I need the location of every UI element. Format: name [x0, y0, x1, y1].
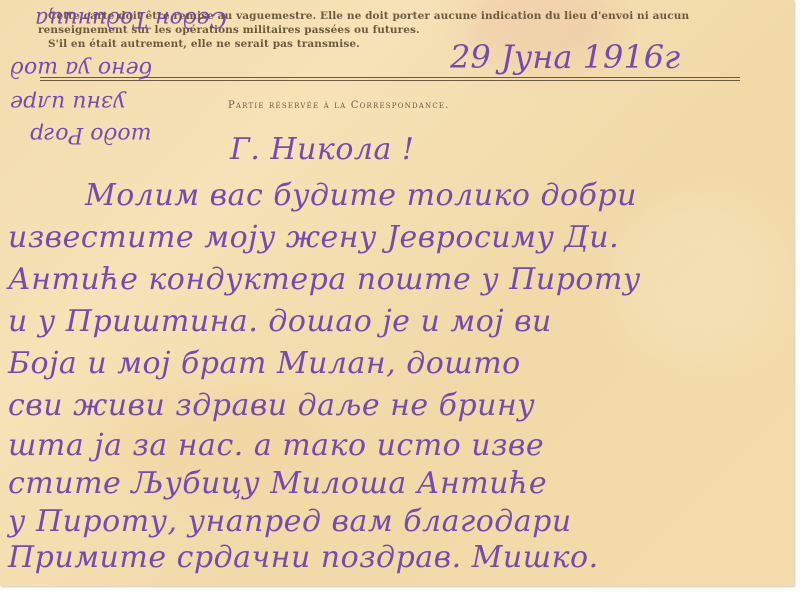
- body-line-3: Антиће кондуктера поште у Пироту: [8, 262, 641, 297]
- body-line-5: Боја и мој брат Милан, дошто: [8, 346, 521, 381]
- body-line-4: и у Приштина. дошао је и мој ви: [8, 304, 552, 339]
- upside-down-note-2: бено уа шод: [10, 56, 152, 81]
- body-line-2: известите моју жену Јевросиму Ди.: [8, 220, 619, 255]
- upside-down-note-4: шодо Рогр: [30, 122, 152, 147]
- body-line-6: сви живи здрави даље не брину: [8, 388, 535, 423]
- correspondence-section-title: Partie réservée à la Correspondance.: [228, 100, 450, 111]
- postcard: Cette carte doit être remise au vaguemes…: [0, 0, 794, 586]
- body-line-7: шта ја за нас. а тако исто изве: [8, 428, 544, 463]
- upside-down-note-3: узни илре: [10, 90, 126, 115]
- body-line-10-signature: Примите срдачни поздрав. Мишко.: [8, 540, 599, 575]
- printed-notice-line-3: S'il en était autrement, elle ne serait …: [48, 38, 360, 50]
- body-line-1: Молим вас будите толико добри: [85, 178, 637, 213]
- paper-stain: [620, 200, 780, 360]
- upside-down-note-1: Седон Тодиница: [35, 6, 227, 31]
- body-line-9: у Пироту, унапред вам благодари: [8, 504, 572, 539]
- salutation: Г. Никола !: [230, 132, 414, 167]
- handwritten-date: 29 Јуна 1916г: [450, 38, 680, 76]
- body-line-8: стите Љубицу Милоша Антиће: [8, 466, 547, 501]
